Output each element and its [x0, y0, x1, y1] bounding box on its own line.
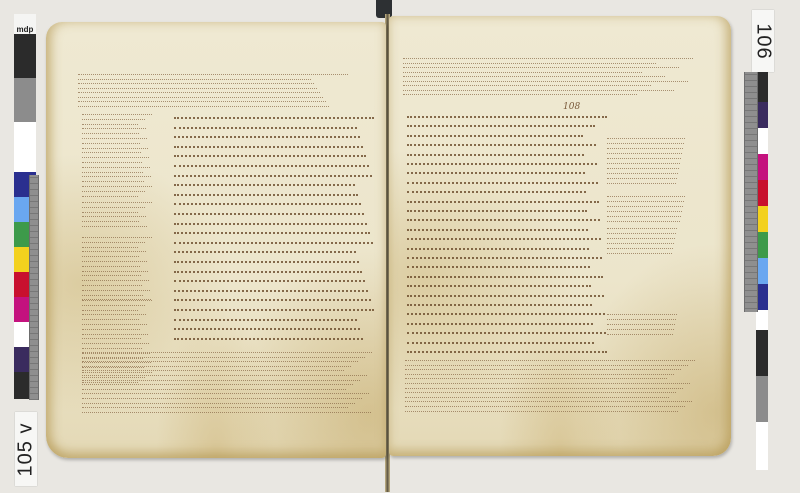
text-line	[174, 271, 362, 273]
text-line	[82, 382, 138, 383]
text-line	[82, 221, 139, 222]
text-line	[174, 299, 371, 301]
text-line	[82, 261, 147, 262]
text-line	[82, 251, 146, 252]
text-line	[82, 372, 152, 373]
text-line	[82, 176, 151, 177]
text-line	[82, 280, 149, 281]
text-line	[82, 384, 353, 385]
swatch-gray	[756, 376, 768, 422]
mdp-label-swatch: mdp	[14, 14, 36, 34]
text-line	[82, 398, 362, 399]
text-line	[174, 251, 356, 253]
text-line	[174, 213, 364, 215]
text-line	[174, 175, 372, 177]
text-line	[82, 266, 140, 267]
text-line	[82, 343, 149, 344]
text-line	[174, 280, 365, 282]
text-line	[82, 367, 144, 368]
text-line	[78, 79, 311, 80]
text-line	[607, 319, 676, 320]
text-line	[82, 361, 358, 362]
text-line	[174, 232, 370, 234]
text-line	[82, 407, 348, 408]
swatch-white	[14, 122, 36, 172]
text-line	[82, 380, 360, 381]
text-line	[607, 233, 676, 234]
swatch-white-crosshair	[756, 310, 768, 330]
text-line	[82, 290, 150, 291]
text-line	[78, 83, 314, 84]
text-line	[607, 143, 684, 144]
text-line	[82, 207, 145, 208]
text-line	[403, 94, 637, 95]
text-line	[174, 127, 357, 129]
folio-label-left: 105 v	[15, 412, 37, 486]
text-line	[407, 135, 583, 137]
text-line	[82, 157, 149, 158]
text-line	[407, 295, 604, 297]
text-line	[174, 146, 363, 148]
folio-label-left-text: 105 v	[15, 422, 38, 476]
text-line	[405, 406, 685, 407]
text-line	[82, 403, 355, 404]
text-line	[174, 290, 368, 292]
text-line	[82, 370, 344, 371]
text-line	[403, 76, 665, 77]
text-line	[78, 101, 326, 102]
text-line	[82, 167, 150, 168]
text-line	[82, 124, 138, 125]
text-line	[82, 358, 143, 359]
text-line	[82, 256, 139, 257]
text-line	[405, 411, 678, 412]
text-line	[174, 165, 369, 167]
folio-label-right: 106	[752, 10, 774, 72]
text-line	[82, 366, 351, 367]
text-line	[607, 238, 675, 239]
text-line	[82, 389, 346, 390]
text-line	[407, 210, 587, 212]
text-line	[407, 285, 591, 287]
text-line	[607, 201, 684, 202]
text-line	[407, 257, 602, 259]
text-line	[407, 351, 607, 353]
text-line	[82, 226, 147, 227]
text-line	[407, 323, 593, 325]
text-line	[403, 67, 679, 68]
text-line	[82, 119, 145, 120]
text-line	[82, 162, 142, 163]
text-line	[407, 238, 601, 240]
text-line	[174, 136, 360, 138]
text-line	[82, 305, 145, 306]
text-line	[174, 184, 355, 186]
text-line	[407, 172, 585, 174]
text-line	[174, 319, 357, 321]
text-line	[82, 212, 138, 213]
text-line	[82, 271, 148, 272]
text-line	[407, 266, 590, 268]
text-line	[82, 128, 146, 129]
text-line	[82, 148, 148, 149]
text-line	[82, 319, 139, 320]
text-line	[82, 352, 372, 353]
text-line	[78, 88, 317, 89]
folio-label-right-text: 106	[752, 23, 775, 59]
text-line	[607, 221, 680, 222]
ruler-right	[744, 72, 758, 312]
text-line	[174, 338, 363, 340]
text-line	[403, 58, 693, 59]
text-line	[405, 378, 667, 379]
text-line	[607, 216, 681, 217]
text-line	[607, 253, 672, 254]
text-line	[607, 138, 685, 139]
text-line	[82, 237, 152, 238]
page-folio-number: 108	[563, 102, 580, 112]
text-line	[405, 365, 688, 366]
text-line	[82, 172, 143, 173]
text-line	[82, 186, 152, 187]
text-line	[407, 144, 596, 146]
text-line	[407, 342, 594, 344]
text-line	[82, 329, 140, 330]
text-line	[607, 206, 683, 207]
text-line	[82, 357, 365, 358]
text-line	[607, 168, 679, 169]
text-line	[607, 211, 682, 212]
text-line	[82, 338, 141, 339]
text-line	[403, 81, 688, 82]
text-line	[174, 155, 366, 157]
text-line	[174, 203, 361, 205]
text-line	[82, 412, 371, 413]
text-line	[82, 310, 138, 311]
text-line	[82, 152, 141, 153]
text-line	[82, 334, 148, 335]
text-line	[607, 183, 676, 184]
text-line	[407, 201, 599, 203]
text-line	[405, 401, 692, 402]
swatch-white-2	[756, 422, 768, 470]
text-line	[607, 228, 677, 229]
text-line	[82, 300, 152, 301]
text-line	[78, 74, 348, 75]
text-line	[82, 242, 145, 243]
text-line	[82, 202, 152, 203]
text-line	[407, 191, 586, 193]
text-line	[82, 375, 367, 376]
ruler-left	[29, 175, 39, 400]
text-line	[82, 133, 139, 134]
text-line	[403, 63, 656, 64]
text-line	[82, 324, 147, 325]
text-line	[407, 313, 605, 315]
text-line	[407, 304, 592, 306]
text-line	[407, 248, 589, 250]
text-line	[82, 362, 151, 363]
text-line	[174, 328, 360, 330]
swatch-black-2	[756, 330, 768, 376]
text-line	[407, 163, 597, 165]
text-line	[607, 148, 683, 149]
text-line	[403, 72, 642, 73]
text-line	[407, 125, 595, 127]
text-line	[82, 138, 147, 139]
text-line	[82, 143, 140, 144]
text-line	[607, 173, 678, 174]
swatch-black	[14, 34, 36, 78]
text-line	[607, 329, 674, 330]
text-line	[174, 194, 358, 196]
text-line	[407, 229, 588, 231]
text-line	[82, 216, 146, 217]
text-line	[82, 191, 145, 192]
text-line	[82, 196, 138, 197]
text-line	[78, 97, 323, 98]
institution-label: mdp	[17, 25, 34, 34]
text-line	[82, 285, 142, 286]
text-line	[407, 154, 584, 156]
text-line	[607, 196, 685, 197]
text-line	[82, 114, 152, 115]
text-line	[405, 369, 681, 370]
text-line	[407, 116, 607, 118]
text-line	[82, 377, 145, 378]
text-line	[82, 348, 142, 349]
swatch-gray	[14, 78, 36, 122]
text-line	[405, 383, 690, 384]
text-line	[174, 261, 359, 263]
text-line	[407, 332, 606, 334]
text-line	[78, 92, 320, 93]
text-line	[82, 247, 138, 248]
text-line	[174, 117, 374, 119]
text-line	[405, 360, 695, 361]
text-line	[607, 243, 674, 244]
text-line	[82, 393, 369, 394]
text-line	[407, 219, 600, 221]
text-line	[403, 90, 674, 91]
text-line	[607, 248, 673, 249]
text-line	[607, 158, 681, 159]
text-line	[607, 314, 677, 315]
text-line	[607, 153, 682, 154]
text-line	[405, 388, 683, 389]
text-line	[78, 106, 329, 107]
text-line	[407, 276, 603, 278]
text-line	[82, 314, 146, 315]
text-line	[407, 182, 598, 184]
text-line	[607, 178, 677, 179]
text-line	[607, 324, 675, 325]
text-line	[174, 242, 373, 244]
text-line	[174, 309, 374, 311]
text-line	[405, 392, 676, 393]
text-line	[174, 223, 367, 225]
manuscript-page-left	[46, 22, 386, 458]
text-line	[82, 275, 141, 276]
text-line	[607, 334, 673, 335]
text-line	[405, 374, 674, 375]
text-line	[403, 85, 651, 86]
text-line	[405, 397, 669, 398]
manuscript-page-right: 108	[389, 16, 731, 456]
text-line	[607, 163, 680, 164]
text-line	[82, 295, 143, 296]
text-line	[82, 181, 144, 182]
